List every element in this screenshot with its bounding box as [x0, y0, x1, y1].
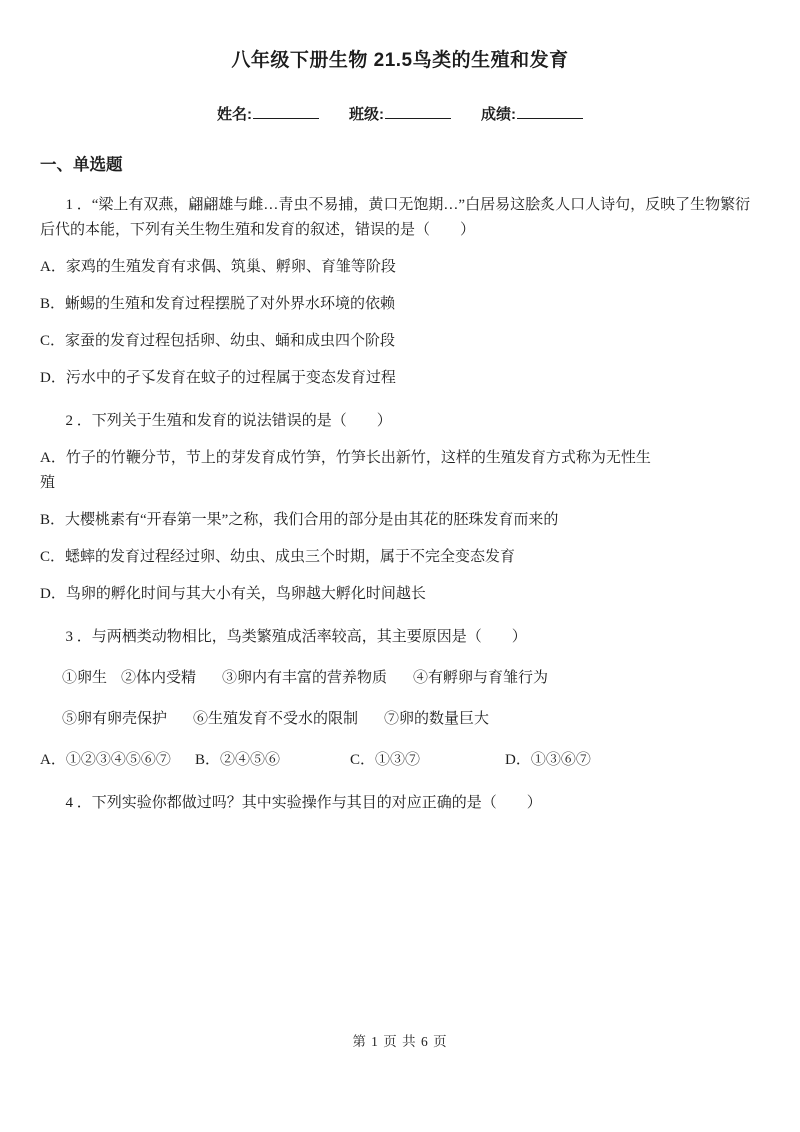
question-3-option-c: C．①③⑦	[350, 748, 505, 773]
score-blank	[517, 105, 583, 119]
question-3-option-a: A．①②③④⑤⑥⑦	[40, 748, 195, 773]
name-blank	[253, 105, 319, 119]
question-1-stem: 1 ．“梁上有双燕，翩翩雄与雌…青虫不易捕，黄口无饱期…”白居易这脍炙人口人诗句…	[40, 193, 760, 243]
page-footer: 第 1 页 共 6 页	[0, 1030, 800, 1050]
numbered-item-6: ⑥生殖发育不受水的限制	[193, 707, 358, 732]
numbered-item-1: ①卵生	[62, 666, 107, 691]
question-3-stem: 3 ．与两栖类动物相比，鸟类繁殖成活率较高，其主要原因是（ ）	[40, 625, 760, 650]
question-1-option-b: B．蜥蜴的生殖和发育过程摆脱了对外界水环境的依赖	[40, 292, 760, 317]
numbered-item-2: ②体内受精	[121, 666, 196, 691]
numbered-item-7: ⑦卵的数量巨大	[384, 707, 489, 732]
page-title: 八年级下册生物 21.5鸟类的生殖和发育	[40, 45, 760, 72]
question-3-options-row: A．①②③④⑤⑥⑦ B．②④⑤⑥ C．①③⑦ D．①③⑥⑦	[40, 748, 760, 773]
question-3-option-b: B．②④⑤⑥	[195, 748, 350, 773]
score-field: 成绩:	[481, 103, 583, 124]
name-field: 姓名:	[217, 103, 319, 124]
question-2-stem: 2 ．下列关于生殖和发育的说法错误的是（ ）	[40, 409, 760, 434]
question-3-option-d: D．①③⑥⑦	[505, 748, 591, 773]
question-4-stem: 4 ．下列实验你都做过吗？其中实验操作与其目的对应正确的是（ ）	[40, 791, 760, 816]
class-label: 班级:	[349, 106, 384, 123]
class-blank	[385, 105, 451, 119]
section-header: 一、单选题	[40, 151, 760, 175]
question-3-items-row2: ⑤卵有卵壳保护 ⑥生殖发育不受水的限制 ⑦卵的数量巨大	[40, 707, 760, 732]
question-2-option-a: A．竹子的竹鞭分节，节上的芽发育成竹笋，竹笋长出新竹，这样的生殖发育方式称为无性…	[40, 446, 760, 496]
worksheet-page: 八年级下册生物 21.5鸟类的生殖和发育 姓名: 班级: 成绩: 一、单选题 1…	[0, 0, 800, 1132]
score-label: 成绩:	[481, 106, 516, 123]
numbered-item-3: ③卵内有丰富的营养物质	[222, 666, 387, 691]
question-1-option-a: A．家鸡的生殖发育有求偶、筑巢、孵卵、育雏等阶段	[40, 255, 760, 280]
question-2-option-d: D．鸟卵的孵化时间与其大小有关，鸟卵越大孵化时间越长	[40, 582, 760, 607]
question-1-option-d: D．污水中的孑孓发育在蚊子的过程属于变态发育过程	[40, 366, 760, 391]
class-field: 班级:	[349, 103, 451, 124]
numbered-item-4: ④有孵卵与育雏行为	[413, 666, 548, 691]
question-2-option-b: B．大樱桃素有“开春第一果”之称，我们合用的部分是由其花的胚珠发育而来的	[40, 508, 760, 533]
name-label: 姓名:	[217, 106, 252, 123]
question-3-items-row1: ①卵生 ②体内受精 ③卵内有丰富的营养物质 ④有孵卵与育雏行为	[40, 666, 760, 691]
question-2-option-c: C．蟋蟀的发育过程经过卵、幼虫、成虫三个时期，属于不完全变态发育	[40, 545, 760, 570]
question-1-option-c: C．家蚕的发育过程包括卵、幼虫、蛹和成虫四个阶段	[40, 329, 760, 354]
numbered-item-5: ⑤卵有卵壳保护	[62, 707, 167, 732]
student-info-row: 姓名: 班级: 成绩:	[40, 103, 760, 124]
